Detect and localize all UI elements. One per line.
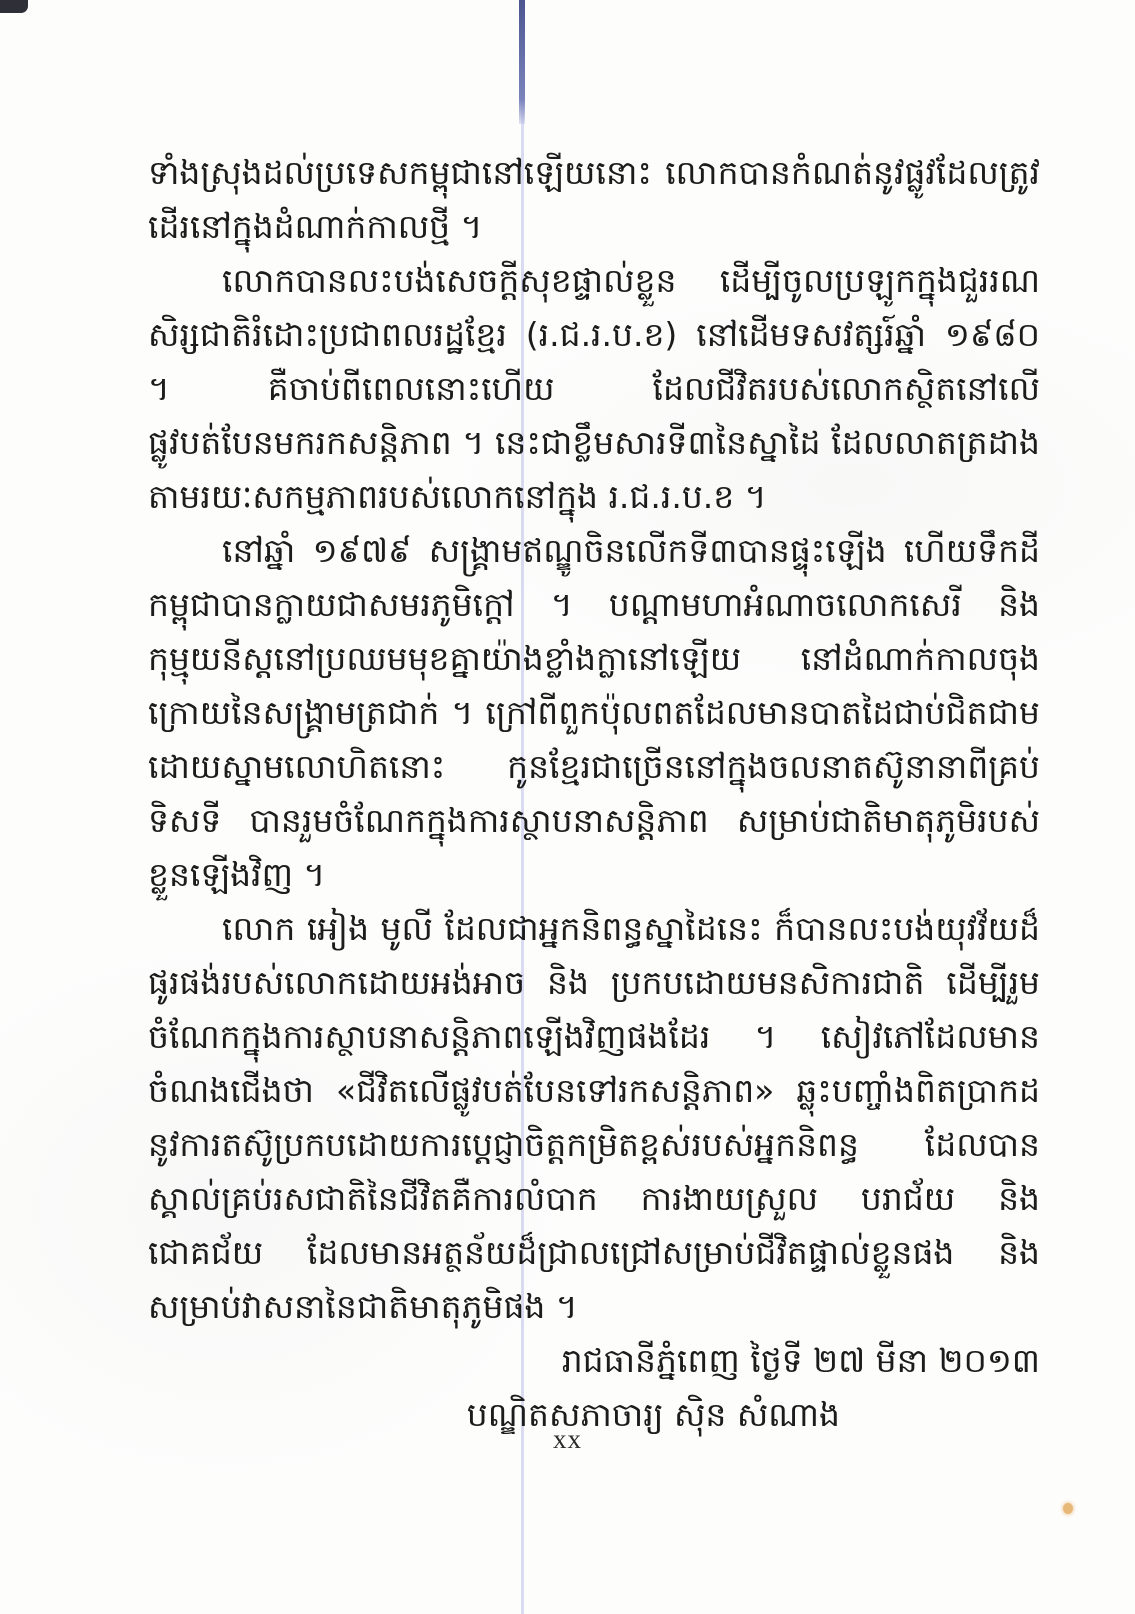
page-number: xx xyxy=(0,1424,1135,1455)
paragraph-front-liberation: លោកបានលះបង់សេចក្ដីសុខផ្ទាល់ខ្លួន ដើម្បីច… xyxy=(148,254,1040,524)
paragraph-author-ieng-mouly: លោក អៀង មូលី ដែលជាអ្នកនិពន្ធស្នាដៃនេះ ក៏… xyxy=(148,902,1040,1334)
scanned-document-page: ទាំងស្រុងដល់ប្រទេសកម្ពុជានៅឡើយនោះ លោកបាន… xyxy=(0,0,1135,1614)
ink-speck xyxy=(1063,1503,1073,1514)
body-text-block: ទាំងស្រុងដល់ប្រទេសកម្ពុជានៅឡើយនោះ លោកបាន… xyxy=(148,146,1040,1442)
dateline-phnom-penh: រាជធានីភ្នំពេញ ថ្ងៃទី ២៧ មីនា ២០១៣ xyxy=(148,1334,1040,1388)
corner-scan-mark xyxy=(0,0,28,13)
scan-fold-line-top-segment xyxy=(519,0,525,124)
paragraph-continuation: ទាំងស្រុងដល់ប្រទេសកម្ពុជានៅឡើយនោះ លោកបាន… xyxy=(148,146,1040,254)
paragraph-indochina-war: នៅឆ្នាំ ១៩៧៩ សង្គ្រាមឥណ្ឌូចិនលើកទី៣បានផ្… xyxy=(148,524,1040,902)
